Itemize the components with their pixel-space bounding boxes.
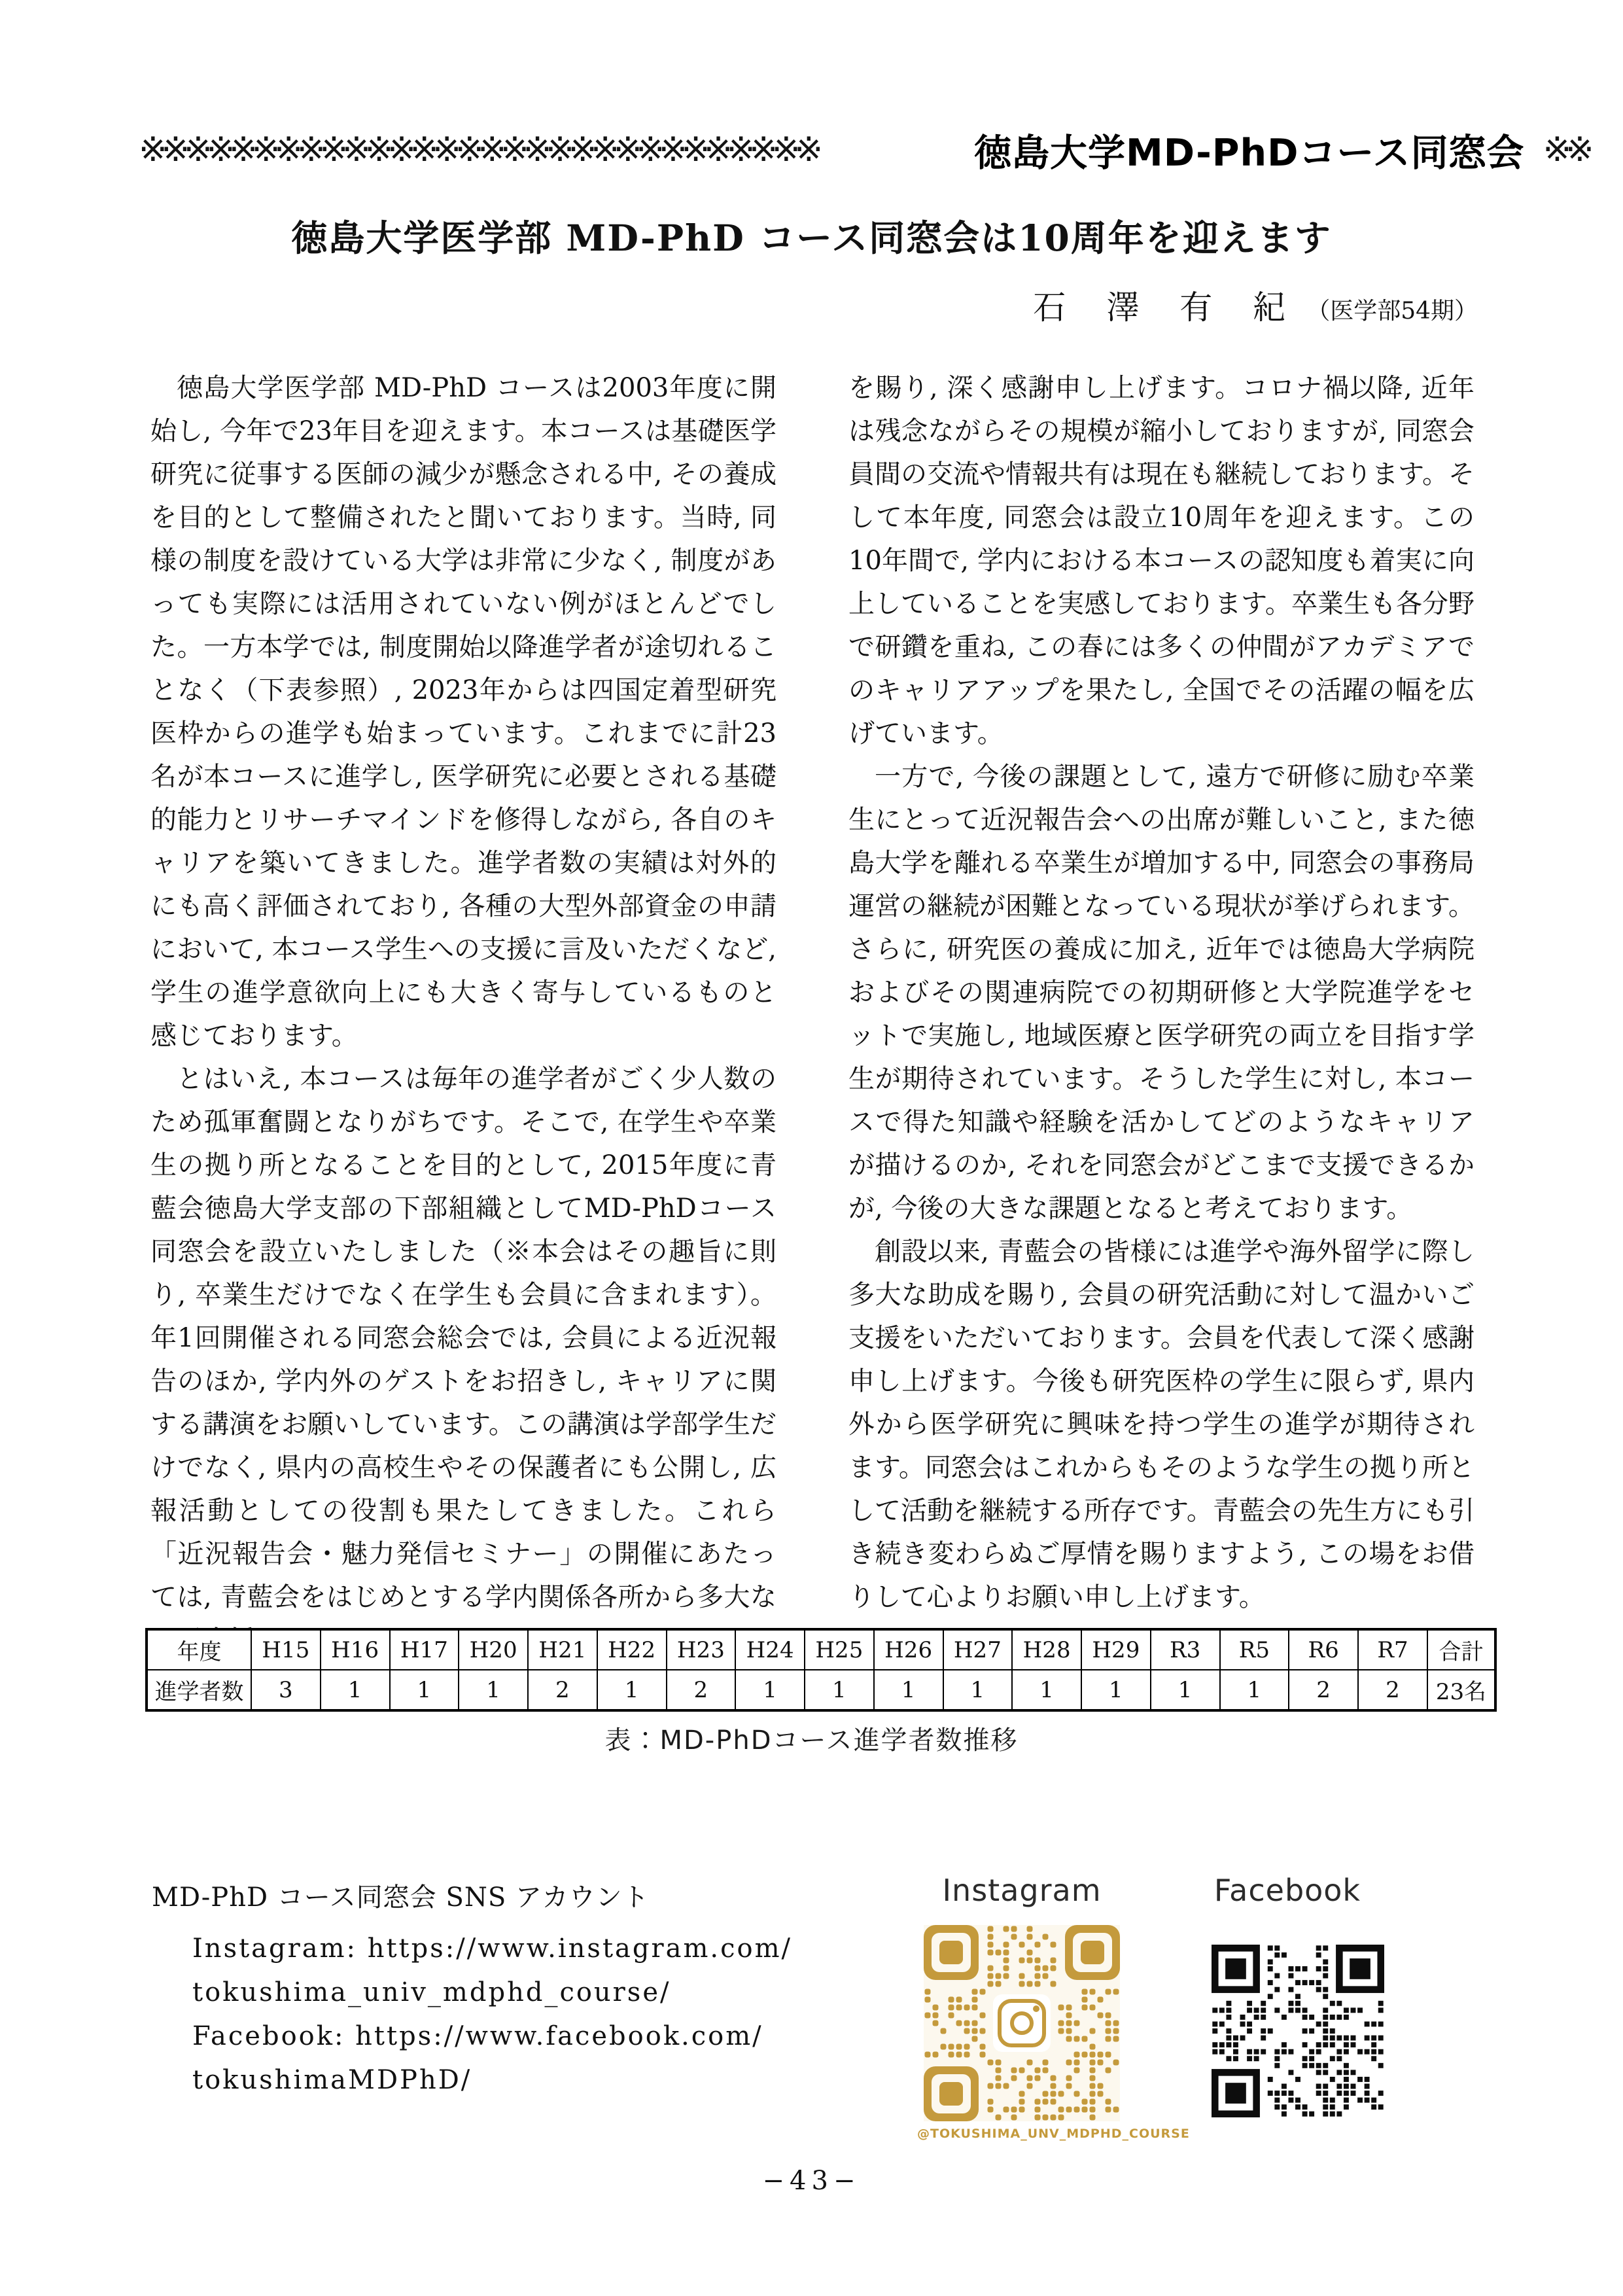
table-caption: 表：MD-PhDコース進学者数推移 xyxy=(0,1720,1623,1757)
table-cell: 1 xyxy=(1081,1670,1151,1710)
sns-instagram-url: Instagram: https://www.instagram.com/ xyxy=(192,1927,911,1971)
sns-section: MD-PhD コース同窓会 SNS アカウント Instagram: https… xyxy=(152,1877,911,2102)
sns-facebook-url-cont: tokushimaMDPhD/ xyxy=(192,2058,911,2102)
paragraph-continuation: を賜り, 深く感謝申し上げます。コロナ禍以降, 近年は残念ながらその規模が縮小し… xyxy=(848,366,1475,755)
table-header-cell: H15 xyxy=(251,1629,321,1670)
sns-instagram-url-cont: tokushima_univ_mdphd_course/ xyxy=(192,1971,911,2015)
table-cell: 23名 xyxy=(1427,1670,1495,1710)
table-cell: 2 xyxy=(528,1670,597,1710)
paragraph: 徳島大学医学部 MD-PhD コースは2003年度に開始し, 今年で23年目を迎… xyxy=(150,366,777,1057)
paragraph: とはいえ, 本コースは毎年の進学者がごく少人数のため孤軍奮闘となりがちです。そこ… xyxy=(150,1057,777,1628)
header-title: 徳島大学MD-PhDコース同窓会 xyxy=(974,123,1525,177)
table-cell: 1 xyxy=(597,1670,667,1710)
table-header-cell: H25 xyxy=(805,1629,874,1670)
facebook-label: Facebook xyxy=(1183,1873,1392,1908)
author-line: 石 澤 有 紀 （医学部54期） xyxy=(1033,281,1478,328)
table-header-cell: 合計 xyxy=(1427,1629,1495,1670)
article-title: 徳島大学医学部 MD-PhD コース同窓会は10周年を迎えます xyxy=(0,209,1623,261)
table-header-cell: H27 xyxy=(943,1629,1013,1670)
instagram-qr-icon xyxy=(924,1925,1120,2121)
table-header-cell: R6 xyxy=(1289,1629,1358,1670)
table-cell: 2 xyxy=(1358,1670,1427,1710)
document-page: ※※※※※※※※※※※※※※※※※※※※※※※※※※※※※※ 徳島大学MD-Ph… xyxy=(0,0,1623,2296)
table-cell: 1 xyxy=(1220,1670,1289,1710)
sns-facebook-url: Facebook: https://www.facebook.com/ xyxy=(192,2015,911,2058)
table-cell: 2 xyxy=(1289,1670,1358,1710)
table-cell: 2 xyxy=(667,1670,736,1710)
table-cell: 1 xyxy=(1012,1670,1081,1710)
table-cell: 3 xyxy=(251,1670,321,1710)
instagram-qr-caption: @TOKUSHIMA_UNV_MDPHD_COURSE xyxy=(917,2127,1126,2141)
decorative-pattern-right: ※※ xyxy=(1543,124,1620,176)
body-column-left: 徳島大学医学部 MD-PhD コースは2003年度に開始し, 今年で23年目を迎… xyxy=(150,366,777,1628)
body-column-right: を賜り, 深く感謝申し上げます。コロナ禍以降, 近年は残念ながらその規模が縮小し… xyxy=(848,366,1475,1628)
admissions-table: 年度 H15 H16 H17 H20 H21 H22 H23 H24 H25 H… xyxy=(145,1628,1497,1712)
table-row-label: 進学者数 xyxy=(147,1670,251,1710)
author-name: 石 澤 有 紀 xyxy=(1033,289,1289,327)
header-band: ※※※※※※※※※※※※※※※※※※※※※※※※※※※※※※ 徳島大学MD-Ph… xyxy=(139,123,1512,177)
facebook-qr-code xyxy=(1212,1945,1384,2117)
instagram-label: Instagram xyxy=(917,1873,1126,1908)
table-cell: 1 xyxy=(943,1670,1013,1710)
table-header-cell: H23 xyxy=(667,1629,736,1670)
table-header-cell: R5 xyxy=(1220,1629,1289,1670)
table-header-cell: 年度 xyxy=(147,1629,251,1670)
table-header-row: 年度 H15 H16 H17 H20 H21 H22 H23 H24 H25 H… xyxy=(147,1629,1495,1670)
page-number: −43− xyxy=(0,2166,1623,2196)
table-cell: 1 xyxy=(735,1670,805,1710)
table-header-cell: H20 xyxy=(459,1629,528,1670)
paragraph: 一方で, 今後の課題として, 遠方で研修に励む卒業生にとって近況報告会への出席が… xyxy=(848,755,1475,1230)
article-body: 徳島大学医学部 MD-PhD コースは2003年度に開始し, 今年で23年目を迎… xyxy=(150,366,1475,1628)
table-cell: 1 xyxy=(805,1670,874,1710)
table-header-cell: H26 xyxy=(874,1629,943,1670)
table-header-cell: R3 xyxy=(1151,1629,1220,1670)
table-header-cell: H29 xyxy=(1081,1629,1151,1670)
table-header-cell: H22 xyxy=(597,1629,667,1670)
instagram-qr-code: @TOKUSHIMA_UNV_MDPHD_COURSE xyxy=(917,1925,1126,2141)
facebook-qr-icon xyxy=(1212,1945,1384,2117)
decorative-pattern-left: ※※※※※※※※※※※※※※※※※※※※※※※※※※※※※※ xyxy=(139,124,940,176)
table-cell: 1 xyxy=(1151,1670,1220,1710)
admissions-table-block: 年度 H15 H16 H17 H20 H21 H22 H23 H24 H25 H… xyxy=(145,1628,1497,1712)
table-header-cell: H17 xyxy=(390,1629,459,1670)
table-cell: 1 xyxy=(874,1670,943,1710)
paragraph: 創設以来, 青藍会の皆様には進学や海外留学に際し多大な助成を賜り, 会員の研究活… xyxy=(848,1230,1475,1619)
table-header-cell: H28 xyxy=(1012,1629,1081,1670)
author-affiliation: （医学部54期） xyxy=(1306,298,1478,325)
table-cell: 1 xyxy=(390,1670,459,1710)
table-value-row: 進学者数 3 1 1 1 2 1 2 1 1 1 1 1 1 1 1 2 2 2… xyxy=(147,1670,1495,1710)
table-cell: 1 xyxy=(321,1670,390,1710)
table-header-cell: R7 xyxy=(1358,1629,1427,1670)
table-header-cell: H16 xyxy=(321,1629,390,1670)
sns-heading: MD-PhD コース同窓会 SNS アカウント xyxy=(152,1877,911,1914)
table-cell: 1 xyxy=(459,1670,528,1710)
table-header-cell: H21 xyxy=(528,1629,597,1670)
table-header-cell: H24 xyxy=(735,1629,805,1670)
